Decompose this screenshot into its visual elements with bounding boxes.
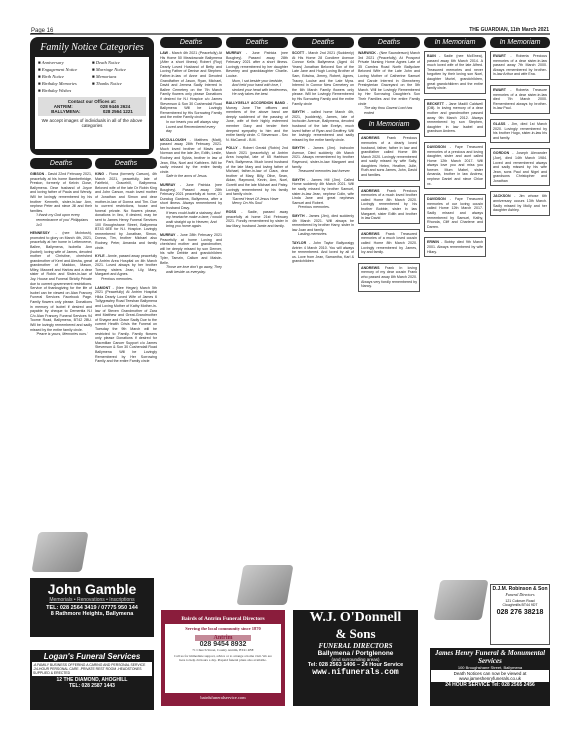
- bible-icon: [236, 565, 293, 605]
- column-2: DeathsKING - Fiona (formerly Carson), 4t…: [95, 158, 157, 368]
- notice-name: MURRAY: [160, 233, 175, 237]
- notice-verse: In our hearts you will always stay Loved…: [160, 120, 222, 134]
- notice-name: SMYTH: [292, 178, 305, 182]
- notice-name: BECKETT: [427, 102, 444, 106]
- notice-name: KYLE: [95, 254, 105, 258]
- notice-name: MCCULLOUGH: [160, 138, 186, 142]
- notice-name: DAVIDSON: [427, 145, 446, 149]
- notice-text: - March 2nd 2021 (Suddenly) At His Home …: [292, 51, 354, 106]
- notice-entry: ANDREWS Frank Precious memories of a dea…: [358, 133, 420, 180]
- notice-entry: BALLYGELLY ACCORDION BAND - Murray June …: [226, 101, 288, 142]
- notice-text: - Joseph Alexander (Joe), died 14th Marc…: [493, 151, 547, 183]
- notice-name: MURRAY: [160, 183, 175, 187]
- notice-verse: 'Peace is yours, Memories ours.': [30, 332, 92, 337]
- category-item: ■ Thanks Notice: [92, 81, 146, 86]
- bible-icon: [433, 580, 488, 620]
- james-henry-note: Death Notices can now be viewed at www.j…: [431, 670, 549, 682]
- notice-name: KING: [95, 172, 104, 176]
- notice-text: - Annie, passed away peacefully at Antri…: [95, 254, 157, 276]
- notice-text: - Matthew (Matt), passed away 28th Febru…: [160, 138, 222, 174]
- ballymena-phone: 028 2564 1221: [103, 109, 133, 114]
- category-item: ■ Birthday Memories: [38, 81, 92, 86]
- ad-robinson: D.J.M. Robinson & Son Funeral Directors …: [490, 584, 550, 645]
- ad-odonnell: W.J. O'Donnell & Sons FUNERAL DIRECTORS …: [293, 610, 418, 706]
- category-item: ■ Memorians: [92, 74, 146, 79]
- ad-bairds: Bairds of Antrim Funeral Directors Servi…: [161, 610, 285, 706]
- notice-name: HENNESSY: [30, 231, 50, 235]
- notice-name: ANDREWS: [361, 136, 380, 140]
- notice-entry: MURRAY - June 28th February 2021 Peacefu…: [160, 233, 222, 274]
- bairds-web-link[interactable]: bairdsfuneralservice.com: [165, 693, 281, 702]
- notice-name: EWART: [493, 88, 506, 92]
- section-header-memoriam: In Memoriam: [358, 119, 420, 130]
- column-6: DeathsWARWICK - (Nee Saunderson) March 3…: [358, 37, 420, 297]
- category-item: ■ Anniversary: [38, 60, 92, 65]
- notice-verse: If tears could build a stairway, And my …: [160, 211, 222, 229]
- section-header-deaths: Deaths: [95, 158, 157, 169]
- notice-name: BAIN: [427, 54, 436, 58]
- notice-verse: Treasured memories last forever.: [292, 169, 354, 174]
- section-header-deaths: Deaths: [358, 37, 420, 48]
- notice-entry: MURRAY - June Patricia (nee Boughey). Pa…: [160, 183, 222, 229]
- bairds-address: 71 Church Street, County Antrim, BT41 4B…: [165, 648, 281, 652]
- notice-name: TAYLOR: [292, 241, 306, 245]
- notice-entry: SMYTH - James Hill (Jim). Called Home su…: [292, 178, 354, 210]
- notice-name: EWART: [493, 54, 506, 58]
- notice-entry: ANDREWS Frank Treasured memories of a mu…: [358, 229, 420, 258]
- notice-name: BALLYGELLY ACCORDION BAND: [226, 101, 285, 105]
- odonnell-name2: & Sons: [293, 626, 418, 642]
- section-header-memoriam: In Memoriam: [490, 37, 550, 48]
- notice-entry: LAMONT - (Nee Hegan) March 5th 2021 (Pea…: [95, 286, 157, 364]
- notice-text: - June 28th February 2021 Peacefully at …: [160, 233, 222, 265]
- notice-text: - (Nee Saunderson) March 3rd 2021 (Peace…: [358, 51, 420, 106]
- odonnell-name: W.J. O'Donnell: [293, 610, 418, 626]
- notice-text: - (nee McIntosh), promoted to glory on M…: [30, 231, 92, 331]
- notice-name: GORDON: [493, 151, 509, 155]
- robinson-address: 121 Culcrum Road Cloughmills BT44 9DT: [502, 599, 538, 607]
- notice-text: - called home March 4th, 2021, (suddenly…: [292, 110, 354, 142]
- gamble-address: 8 Rathmore Heights, Ballymena: [33, 611, 151, 617]
- notice-name: GLASS: [493, 122, 505, 126]
- notice-entry: POLLY - Robert Gerald (Robin) 2nd March …: [226, 146, 288, 206]
- notice-text: - Faye Treasured memories of our loving …: [427, 197, 483, 229]
- notice-verse: 'Sacred Heart Of Jesus Have Mercy On His…: [226, 197, 288, 206]
- notice-verse: Lasting memories.: [292, 232, 354, 237]
- notice-entry: DAVIDSON - Faye Treasured memories of ou…: [424, 194, 486, 232]
- notice-name: SMYTH: [292, 110, 305, 114]
- category-item: ■ Engagement Notice: [38, 67, 92, 72]
- robinson-sub: Funeral Directors: [492, 592, 548, 597]
- notice-text: Frank Precious memories of a dearly love…: [361, 136, 417, 177]
- page-number: Page 16: [31, 28, 53, 34]
- bairds-name: Bairds of Antrim Funeral Directors: [165, 614, 281, 624]
- notice-text: - David 22nd February 2021, peacefully a…: [30, 172, 92, 213]
- notice-entry: KYLE - Annie, passed away peacefully at …: [95, 254, 157, 282]
- notice-verse: Precious memories.: [95, 277, 157, 282]
- notice-name: JACKSON: [493, 194, 511, 198]
- bairds-phone: 028 9454 8932: [165, 641, 281, 648]
- notice-entry: BAIN - Sadie (nee McElnea), passed away …: [424, 51, 486, 94]
- notice-verse: Safe in the arms of Jesus.: [160, 174, 222, 179]
- james-henry-tel: 24 HOUR SERVICE Tel: 028 2565 2456: [431, 682, 549, 688]
- gamble-services: Memorials • Renovations • Inscriptions: [33, 597, 151, 603]
- notice-entry: ERWIN - Bobby died 9th March 2001. Alway…: [424, 237, 486, 257]
- notice-text: - June Patricia (nee Boughey). Passed aw…: [160, 183, 222, 210]
- notice-entry: ROSS - Sadie, passed away peacefully at …: [226, 210, 288, 228]
- section-header-deaths: Deaths: [160, 37, 222, 48]
- notice-entry: JACKSON - Jim whose 6th anniversary occu…: [490, 191, 550, 215]
- notice-text: - Faye Treasured memories of a precious …: [427, 145, 483, 186]
- notice-verse: Those we love don't go away, They walk b…: [160, 265, 222, 274]
- notice-name: GIBSON: [30, 172, 44, 176]
- section-header-deaths: Deaths: [292, 37, 354, 48]
- column-1: DeathsGIBSON - David 22nd February 2021,…: [30, 158, 92, 341]
- notice-text: - (Nee Hegan) March 5th 2021 (Peacefully…: [95, 286, 157, 364]
- notice-entry: KING - Fiona (formerly Carson), 4th Marc…: [95, 172, 157, 250]
- categories-box: Family Notice Categories ■ Anniversary■ …: [30, 37, 154, 155]
- odonnell-web-link[interactable]: www.nifunerals.com: [293, 668, 418, 677]
- notice-text: - Sadie (nee McElnea), passed away 6th M…: [427, 54, 483, 90]
- categories-note: We accept images of individuals in all o…: [38, 118, 146, 128]
- notice-name: LAW: [160, 51, 168, 55]
- ballymena-label: BALLYMENA:: [51, 109, 80, 114]
- robinson-phone: 028 276 38218: [492, 609, 548, 616]
- notice-entry: DAVIDSON - Faye Treasured memories of a …: [424, 142, 486, 189]
- ad-logans: Logan's Funeral Services -A FAMILY BUSIN…: [30, 650, 154, 710]
- bairds-tagline: Serving the local community since 1870: [165, 626, 281, 631]
- category-item: ■ Birth Notice: [38, 74, 92, 79]
- notice-entry: ANDREWS Frank In loving memory of my dea…: [358, 263, 420, 292]
- notice-entry: ANDREWS Frank Precious memories of a muc…: [358, 186, 420, 224]
- section-header-deaths: Deaths: [226, 37, 288, 48]
- notice-name: MURRAY: [226, 51, 241, 55]
- notice-verse: Precious memories.: [292, 205, 354, 210]
- notice-entry: LAW - March 4th 2021 (Peacefully) At His…: [160, 51, 222, 134]
- column-8: In MemoriamEWART - Roberta Precious memo…: [490, 37, 550, 221]
- notice-name: SMYTH: [292, 146, 305, 150]
- notice-text: Frank Precious memories of a much loved …: [361, 189, 417, 221]
- notice-name: ANDREWS: [361, 232, 380, 236]
- bairds-note: Call us for immediate support, advice or…: [165, 654, 281, 662]
- section-header-memoriam: In Memoriam: [424, 37, 486, 48]
- section-header-deaths: Deaths: [30, 158, 92, 169]
- notice-name: ANDREWS: [361, 189, 380, 193]
- category-item: ■ Marriage Notice: [92, 67, 146, 72]
- notice-name: ROSS: [226, 210, 236, 214]
- notice-verse: 'I thank my God upon every remembrance o…: [30, 213, 92, 227]
- ad-james-henry: James Henry Funeral & Monumental Service…: [430, 648, 550, 706]
- notice-text: - Jane Madill Caldwell (Dill). In loving…: [427, 102, 483, 134]
- james-henry-name: James Henry Funeral & Monumental Service…: [431, 649, 549, 665]
- column-4: DeathsMURRAY - June Patricia (nee Boughe…: [226, 37, 288, 232]
- column-7: In MemoriamBAIN - Sadie (nee McElnea), p…: [424, 37, 486, 262]
- notice-name: WARWICK: [358, 51, 376, 55]
- notice-entry: GLASS - Jim, died 1st March 2020. Loving…: [490, 119, 550, 143]
- odonnell-sub: FUNERAL DIRECTORS: [293, 642, 418, 650]
- odonnell-towns: Ballymena / Portglenone: [293, 650, 418, 657]
- contact-box: Contact our Offices at: ANTRIM:028 9446 …: [38, 97, 146, 116]
- notice-entry: WARWICK - (Nee Saunderson) March 3rd 202…: [358, 51, 420, 115]
- notice-text: - Murray June The officers and members o…: [226, 101, 288, 142]
- notice-entry: HENNESSY - (nee McIntosh), promoted to g…: [30, 231, 92, 337]
- categories-list: ■ Anniversary■ Death Notice■ Engagement …: [38, 60, 146, 93]
- notice-entry: GIBSON - David 22nd February 2021, peace…: [30, 172, 92, 227]
- category-item: ■ Death Notice: [92, 60, 146, 65]
- notice-entry: SMYTH - called home March 4th, 2021, (su…: [292, 110, 354, 142]
- paper-date: THE GUARDIAN, 11th March 2021: [469, 27, 549, 33]
- logan-bullets: -A FAMILY BUSINESS OFFERING A CARING AND…: [32, 662, 152, 676]
- gamble-name: John Gamble: [33, 581, 151, 597]
- category-item: ■ Birthday Wishes: [38, 88, 92, 93]
- notice-entry: MCCULLOUGH - Matthew (Matt), passed away…: [160, 138, 222, 179]
- logan-name: Logan's Funeral Services: [32, 652, 152, 661]
- notice-name: POLLY: [226, 146, 238, 150]
- column-5: DeathsSCOTT - March 2nd 2021 (Suddenly) …: [292, 37, 354, 268]
- notice-name: SCOTT: [292, 51, 304, 55]
- notice-entry: EWART - Roberta Precious memories of a d…: [490, 51, 550, 80]
- notice-entry: SCOTT - March 2nd 2021 (Suddenly) At His…: [292, 51, 354, 106]
- notice-text: - James Hill (Jim). Called Home suddenly…: [292, 178, 354, 205]
- ad-john-gamble: John Gamble Memorials • Renovations • In…: [30, 578, 154, 637]
- notice-entry: SMYTH - James (Jim). Inchcolm Avenue, Di…: [292, 146, 354, 174]
- notice-entry: EWART - Roberta Treasure memories of a d…: [490, 85, 550, 114]
- notice-name: DAVIDSON: [427, 197, 446, 201]
- notice-entry: MURRAY - June Patricia (nee Boughey). Pa…: [226, 51, 288, 97]
- bible-icon: [31, 532, 88, 572]
- notice-verse: Mum, I sat beside your bedside, And held…: [226, 79, 288, 97]
- notice-text: - March 4th 2021 (Peacefully) At His Hom…: [160, 51, 222, 119]
- logan-tel: TEL: 028 2587 1443: [32, 683, 152, 689]
- notice-name: ANDREWS: [361, 266, 380, 270]
- notice-name: LAMONT: [95, 286, 110, 290]
- notice-text: - Fiona (formerly Carson), 4th March 202…: [95, 172, 157, 250]
- notice-verse: The day thou Gavest Lord has ended: [358, 106, 420, 115]
- notice-name: SMYTH: [292, 214, 305, 218]
- notice-text: - Sadie, passed away peacefully at home …: [226, 210, 288, 228]
- notice-text: - Robert Gerald (Robin) 2nd March 2021 (…: [226, 146, 288, 196]
- notice-entry: SMYTH - James (Jim), died suddenly 4th M…: [292, 214, 354, 237]
- notice-entry: TAYLOR - John Taylor Ballyoraigy Antrim …: [292, 241, 354, 264]
- notice-entry: BECKETT - Jane Madill Caldwell (Dill). I…: [424, 99, 486, 137]
- notice-name: ERWIN: [427, 240, 439, 244]
- column-3: DeathsLAW - March 4th 2021 (Peacefully) …: [160, 37, 222, 278]
- notice-entry: GORDON - Joseph Alexander (Joe), died 14…: [490, 148, 550, 186]
- notice-text: - June Patricia (nee Boughey). Passed aw…: [226, 51, 288, 78]
- categories-title: Family Notice Categories: [35, 42, 149, 53]
